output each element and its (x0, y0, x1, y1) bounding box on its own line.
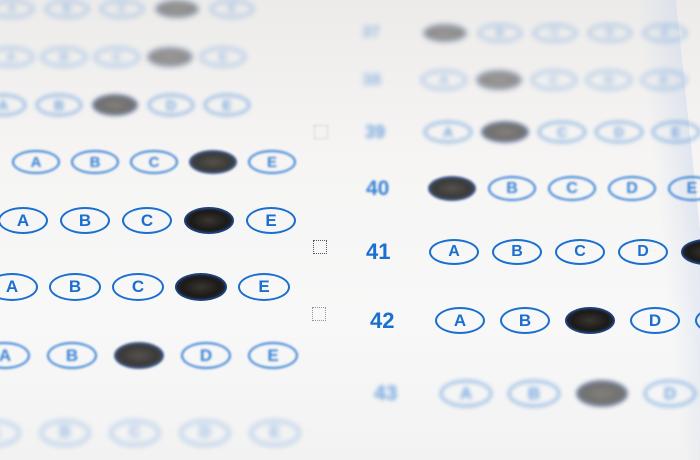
bubble-c[interactable]: C (576, 380, 628, 407)
question-number: 43 (374, 382, 424, 406)
answer-row: ABCDE (0, 273, 290, 301)
bubble-a[interactable]: A (0, 0, 34, 18)
bubble-c[interactable]: C (110, 420, 160, 446)
question-number: 40 (366, 177, 416, 201)
answer-row: ABCDE (0, 420, 300, 446)
bubble-d[interactable]: D (595, 121, 643, 143)
bubble-e[interactable]: E (248, 150, 296, 174)
answer-row: ABCDE (0, 207, 296, 234)
answer-row: ABCDE (0, 47, 246, 67)
bubble-b[interactable]: B (45, 0, 89, 18)
bubble-d[interactable]: D (181, 342, 231, 369)
bubble-b[interactable]: B (49, 273, 101, 301)
bubble-b[interactable]: B (481, 121, 529, 143)
bubble-b[interactable]: B (36, 94, 82, 116)
bubble-c[interactable]: C (92, 94, 138, 116)
answer-row: ABCDE (0, 0, 254, 18)
bubble-b[interactable]: B (47, 342, 97, 369)
timing-mark (313, 240, 327, 254)
bubble-a[interactable]: A (0, 47, 34, 67)
bubble-e[interactable]: E (681, 239, 700, 265)
bubble-c[interactable]: C (538, 121, 586, 143)
bubble-a[interactable]: A (428, 176, 476, 201)
bubble-d[interactable]: D (618, 239, 668, 265)
bubble-a[interactable]: A (12, 150, 60, 174)
bubble-a[interactable]: A (424, 121, 472, 143)
bubble-c[interactable]: C (555, 239, 605, 265)
bubble-b[interactable]: B (60, 207, 110, 234)
bubble-c[interactable]: C (112, 273, 164, 301)
bubble-c[interactable]: C (94, 47, 140, 67)
bubble-e[interactable]: E (668, 176, 700, 201)
bubble-b[interactable]: B (71, 150, 119, 174)
bubble-c[interactable]: C (130, 150, 178, 174)
bubble-a[interactable]: A (440, 380, 492, 407)
question-number: 39 (365, 122, 415, 143)
bubble-a[interactable]: A (429, 239, 479, 265)
bubble-a[interactable]: A (0, 207, 48, 234)
bubble-b[interactable]: B (41, 47, 87, 67)
answer-row: ABCDE (0, 342, 298, 369)
bubble-e[interactable]: E (248, 342, 298, 369)
answer-row: ABCDE (0, 94, 250, 116)
answer-row-42: 42ABCDE (370, 307, 700, 334)
bubble-b[interactable]: B (488, 176, 536, 201)
bubble-b[interactable]: B (40, 420, 90, 446)
bubble-d[interactable]: D (180, 420, 230, 446)
answer-row-40: 40ABCDE (366, 176, 700, 201)
bubble-b[interactable]: B (508, 380, 560, 407)
bubble-d[interactable]: D (147, 47, 193, 67)
bubble-c[interactable]: C (100, 0, 144, 18)
answer-row-43: 43ABCDE (374, 380, 700, 407)
bubble-a[interactable]: A (0, 273, 38, 301)
bubble-b[interactable]: B (478, 24, 522, 42)
bubble-a[interactable]: A (0, 94, 26, 116)
bubble-a[interactable]: A (0, 420, 20, 446)
bubble-e[interactable]: E (204, 94, 250, 116)
answer-row-39: 39ABCDE (365, 121, 700, 143)
bubble-c[interactable]: C (531, 70, 577, 90)
bubble-e[interactable]: E (250, 420, 300, 446)
question-number: 37 (362, 24, 412, 42)
bubble-e[interactable]: E (200, 47, 246, 67)
bubble-a[interactable]: A (421, 70, 467, 90)
bubble-e[interactable]: E (210, 0, 254, 18)
bubble-e[interactable]: E (695, 307, 700, 334)
bubble-d[interactable]: D (155, 0, 199, 18)
answer-row: ABCDE (12, 150, 296, 174)
answer-row-41: 41ABCDE (366, 239, 700, 265)
bubble-e[interactable]: E (641, 70, 687, 90)
timing-mark (312, 307, 326, 321)
bubble-a[interactable]: A (435, 307, 485, 334)
bubble-d[interactable]: D (184, 207, 234, 234)
answer-sheet: ABCDEABCDEABCDEABCDEABCDEABCDEABCDEABCDE… (0, 0, 700, 460)
bubble-b[interactable]: B (476, 70, 522, 90)
bubble-c[interactable]: C (533, 24, 577, 42)
answer-row-37: 37ABCDE (362, 24, 687, 42)
question-number: 38 (362, 70, 412, 90)
bubble-d[interactable]: D (630, 307, 680, 334)
answer-row-38: 38ABCDE (362, 70, 687, 90)
bubble-d[interactable]: D (644, 380, 696, 407)
bubble-d[interactable]: D (588, 24, 632, 42)
timing-mark (314, 125, 328, 139)
bubble-d[interactable]: D (175, 273, 227, 301)
bubble-c[interactable]: C (548, 176, 596, 201)
bubble-a[interactable]: A (0, 342, 30, 369)
bubble-c[interactable]: C (565, 307, 615, 334)
question-number: 41 (366, 239, 416, 265)
bubble-b[interactable]: B (492, 239, 542, 265)
bubble-d[interactable]: D (586, 70, 632, 90)
bubble-e[interactable]: E (643, 24, 687, 42)
bubble-e[interactable]: E (652, 121, 700, 143)
question-number: 42 (370, 308, 420, 334)
bubble-e[interactable]: E (246, 207, 296, 234)
bubble-d[interactable]: D (608, 176, 656, 201)
bubble-a[interactable]: A (423, 24, 467, 42)
bubble-b[interactable]: B (500, 307, 550, 334)
bubble-c[interactable]: C (114, 342, 164, 369)
bubble-d[interactable]: D (189, 150, 237, 174)
bubble-d[interactable]: D (148, 94, 194, 116)
bubble-c[interactable]: C (122, 207, 172, 234)
bubble-e[interactable]: E (238, 273, 290, 301)
